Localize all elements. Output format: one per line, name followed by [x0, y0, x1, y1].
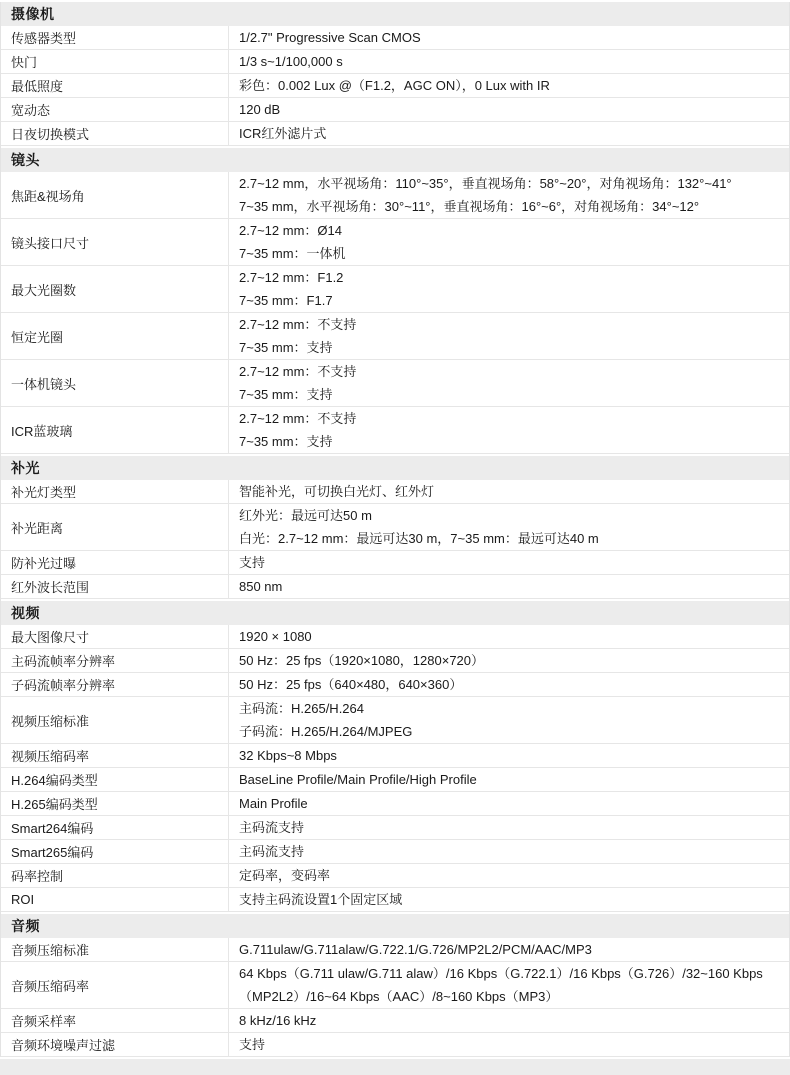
spec-value: 2.7~12 mm：F1.27~35 mm：F1.7 — [229, 266, 789, 312]
spec-value-line: 支持 — [239, 551, 781, 574]
spec-label: 传感器类型 — [1, 26, 229, 49]
spec-label: 补光灯类型 — [1, 480, 229, 503]
spec-value: 120 dB — [229, 98, 789, 121]
spec-row: 音频压缩标准G.711ulaw/G.711alaw/G.722.1/G.726/… — [1, 938, 789, 962]
spec-value-line: 120 dB — [239, 98, 781, 121]
spec-label: 快门 — [1, 50, 229, 73]
section-header: 摄像机 — [1, 2, 789, 26]
spec-value: 主码流支持 — [229, 816, 789, 839]
spec-row: 补光距离红外光：最远可达50 m白光：2.7~12 mm：最远可达30 m，7~… — [1, 504, 789, 551]
spec-label: Smart265编码 — [1, 840, 229, 863]
spec-value-line: 7~35 mm：支持 — [239, 383, 781, 406]
spec-row: 视频压缩码率32 Kbps~8 Mbps — [1, 744, 789, 768]
spec-label: 音频压缩码率 — [1, 962, 229, 1008]
spec-label: H.265编码类型 — [1, 792, 229, 815]
spec-value-line: G.711ulaw/G.711alaw/G.722.1/G.726/MP2L2/… — [239, 938, 781, 961]
spec-row: H.265编码类型Main Profile — [1, 792, 789, 816]
spec-label: 补光距离 — [1, 504, 229, 550]
spec-row: 码率控制定码率，变码率 — [1, 864, 789, 888]
spec-label: 视频压缩标准 — [1, 697, 229, 743]
spec-label: ROI — [1, 888, 229, 911]
spec-value-line: 2.7~12 mm：不支持 — [239, 313, 781, 336]
spec-value-line: 1920 × 1080 — [239, 625, 781, 648]
spec-value: 32 Kbps~8 Mbps — [229, 744, 789, 767]
spec-value-line: 1/2.7" Progressive Scan CMOS — [239, 26, 781, 49]
spec-value-line: 子码流：H.265/H.264/MJPEG — [239, 720, 781, 743]
spec-label: 音频采样率 — [1, 1009, 229, 1032]
spec-row: 焦距&视场角2.7~12 mm，水平视场角：110°~35°，垂直视场角：58°… — [1, 172, 789, 219]
spec-row: 传感器类型1/2.7" Progressive Scan CMOS — [1, 26, 789, 50]
spec-value: BaseLine Profile/Main Profile/High Profi… — [229, 768, 789, 791]
spec-value-line: 定码率，变码率 — [239, 864, 781, 887]
spec-value-line: 7~35 mm：支持 — [239, 430, 781, 453]
spec-row: 最大光圈数2.7~12 mm：F1.27~35 mm：F1.7 — [1, 266, 789, 313]
spec-value: 50 Hz：25 fps（640×480，640×360） — [229, 673, 789, 696]
spec-value-line: Main Profile — [239, 792, 781, 815]
spec-value-line: 7~35 mm：一体机 — [239, 242, 781, 265]
spec-value: 1/2.7" Progressive Scan CMOS — [229, 26, 789, 49]
spec-value: 支持 — [229, 1033, 789, 1056]
spec-label: 红外波长范围 — [1, 575, 229, 598]
spec-value: 2.7~12 mm：不支持7~35 mm：支持 — [229, 407, 789, 453]
spec-label: 音频环境噪声过滤 — [1, 1033, 229, 1056]
section-header: 音频 — [1, 914, 789, 938]
spec-row: H.264编码类型BaseLine Profile/Main Profile/H… — [1, 768, 789, 792]
spec-value-line: 64 Kbps（G.711 ulaw/G.711 alaw）/16 Kbps（G… — [239, 962, 781, 985]
spec-value: 1/3 s~1/100,000 s — [229, 50, 789, 73]
spec-value: 支持 — [229, 551, 789, 574]
section-header: 补光 — [1, 456, 789, 480]
spec-value-line: ICR红外滤片式 — [239, 122, 781, 145]
spec-value-line: 2.7~12 mm，水平视场角：110°~35°，垂直视场角：58°~20°，对… — [239, 172, 781, 195]
spec-label: Smart264编码 — [1, 816, 229, 839]
spec-value: 2.7~12 mm：Ø147~35 mm：一体机 — [229, 219, 789, 265]
spec-row: 快门1/3 s~1/100,000 s — [1, 50, 789, 74]
spec-row: 音频采样率8 kHz/16 kHz — [1, 1009, 789, 1033]
spec-row: 防补光过曝支持 — [1, 551, 789, 575]
spec-value: 定码率，变码率 — [229, 864, 789, 887]
spec-label: 音频压缩标准 — [1, 938, 229, 961]
spec-row: 最大图像尺寸1920 × 1080 — [1, 625, 789, 649]
spec-value-line: 8 kHz/16 kHz — [239, 1009, 781, 1032]
spec-label: ICR蓝玻璃 — [1, 407, 229, 453]
spec-value-line: 7~35 mm：F1.7 — [239, 289, 781, 312]
spec-value: 1920 × 1080 — [229, 625, 789, 648]
spec-row: 红外波长范围850 nm — [1, 575, 789, 599]
spec-label: 日夜切换模式 — [1, 122, 229, 145]
spec-value: 支持主码流设置1个固定区域 — [229, 888, 789, 911]
spec-row: 一体机镜头2.7~12 mm：不支持7~35 mm：支持 — [1, 360, 789, 407]
spec-label: 最低照度 — [1, 74, 229, 97]
spec-value-line: 主码流：H.265/H.264 — [239, 697, 781, 720]
spec-value-line: 智能补光，可切换白光灯、红外灯 — [239, 480, 781, 503]
spec-value-line: 1/3 s~1/100,000 s — [239, 50, 781, 73]
spec-row: 音频压缩码率64 Kbps（G.711 ulaw/G.711 alaw）/16 … — [1, 962, 789, 1009]
spec-value-line: 支持 — [239, 1033, 781, 1056]
section-header: 镜头 — [1, 148, 789, 172]
spec-value-line: 7~35 mm：支持 — [239, 336, 781, 359]
spec-value: 主码流支持 — [229, 840, 789, 863]
spec-value-line: 红外光：最远可达50 m — [239, 504, 781, 527]
spec-value: 红外光：最远可达50 m白光：2.7~12 mm：最远可达30 m，7~35 m… — [229, 504, 789, 550]
spec-value-line: 2.7~12 mm：不支持 — [239, 360, 781, 383]
spec-label: 宽动态 — [1, 98, 229, 121]
spec-value-line: 主码流支持 — [239, 816, 781, 839]
spec-label: 最大光圈数 — [1, 266, 229, 312]
next-section-header-partial — [0, 1059, 790, 1075]
spec-row: 日夜切换模式ICR红外滤片式 — [1, 122, 789, 146]
spec-value-line: （MP2L2）/16~64 Kbps（AAC）/8~160 Kbps（MP3） — [239, 985, 781, 1008]
spec-row: 补光灯类型智能补光，可切换白光灯、红外灯 — [1, 480, 789, 504]
spec-label: 恒定光圈 — [1, 313, 229, 359]
spec-value-line: 主码流支持 — [239, 840, 781, 863]
spec-label: 码率控制 — [1, 864, 229, 887]
spec-row: 视频压缩标准主码流：H.265/H.264子码流：H.265/H.264/MJP… — [1, 697, 789, 744]
spec-row: ICR蓝玻璃2.7~12 mm：不支持7~35 mm：支持 — [1, 407, 789, 454]
spec-value: G.711ulaw/G.711alaw/G.722.1/G.726/MP2L2/… — [229, 938, 789, 961]
spec-label: 镜头接口尺寸 — [1, 219, 229, 265]
spec-label: 最大图像尺寸 — [1, 625, 229, 648]
spec-value-line: 彩色：0.002 Lux @（F1.2，AGC ON），0 Lux with I… — [239, 74, 781, 97]
spec-value: Main Profile — [229, 792, 789, 815]
spec-row: 宽动态120 dB — [1, 98, 789, 122]
spec-row: 子码流帧率分辨率50 Hz：25 fps（640×480，640×360） — [1, 673, 789, 697]
spec-value: 8 kHz/16 kHz — [229, 1009, 789, 1032]
spec-value-line: 50 Hz：25 fps（640×480，640×360） — [239, 673, 781, 696]
spec-label: 主码流帧率分辨率 — [1, 649, 229, 672]
spec-value-line: 7~35 mm，水平视场角：30°~11°，垂直视场角：16°~6°，对角视场角… — [239, 195, 781, 218]
spec-row: Smart265编码主码流支持 — [1, 840, 789, 864]
spec-row: 主码流帧率分辨率50 Hz：25 fps（1920×1080，1280×720） — [1, 649, 789, 673]
spec-row: ROI支持主码流设置1个固定区域 — [1, 888, 789, 912]
spec-value: 2.7~12 mm：不支持7~35 mm：支持 — [229, 313, 789, 359]
spec-value: 2.7~12 mm，水平视场角：110°~35°，垂直视场角：58°~20°，对… — [229, 172, 789, 218]
spec-row: 恒定光圈2.7~12 mm：不支持7~35 mm：支持 — [1, 313, 789, 360]
spec-value-line: 50 Hz：25 fps（1920×1080，1280×720） — [239, 649, 781, 672]
spec-label: 一体机镜头 — [1, 360, 229, 406]
spec-value-line: 白光：2.7~12 mm：最远可达30 m，7~35 mm：最远可达40 m — [239, 527, 781, 550]
spec-label: 子码流帧率分辨率 — [1, 673, 229, 696]
spec-value: 850 nm — [229, 575, 789, 598]
spec-row: 镜头接口尺寸2.7~12 mm：Ø147~35 mm：一体机 — [1, 219, 789, 266]
spec-value-line: 2.7~12 mm：Ø14 — [239, 219, 781, 242]
spec-label: 视频压缩码率 — [1, 744, 229, 767]
spec-value: 智能补光，可切换白光灯、红外灯 — [229, 480, 789, 503]
section-header: 视频 — [1, 601, 789, 625]
spec-table: 摄像机传感器类型1/2.7" Progressive Scan CMOS快门1/… — [0, 2, 790, 1057]
spec-label: 焦距&视场角 — [1, 172, 229, 218]
spec-value-line: 2.7~12 mm：不支持 — [239, 407, 781, 430]
spec-row: Smart264编码主码流支持 — [1, 816, 789, 840]
spec-value: 主码流：H.265/H.264子码流：H.265/H.264/MJPEG — [229, 697, 789, 743]
spec-label: H.264编码类型 — [1, 768, 229, 791]
spec-value-line: BaseLine Profile/Main Profile/High Profi… — [239, 768, 781, 791]
spec-value-line: 32 Kbps~8 Mbps — [239, 744, 781, 767]
spec-value-line: 支持主码流设置1个固定区域 — [239, 888, 781, 911]
spec-value: 50 Hz：25 fps（1920×1080，1280×720） — [229, 649, 789, 672]
spec-value: 2.7~12 mm：不支持7~35 mm：支持 — [229, 360, 789, 406]
spec-label: 防补光过曝 — [1, 551, 229, 574]
spec-value-line: 2.7~12 mm：F1.2 — [239, 266, 781, 289]
spec-value: ICR红外滤片式 — [229, 122, 789, 145]
spec-value: 彩色：0.002 Lux @（F1.2，AGC ON），0 Lux with I… — [229, 74, 789, 97]
spec-value-line: 850 nm — [239, 575, 781, 598]
spec-row: 音频环境噪声过滤支持 — [1, 1033, 789, 1057]
spec-value: 64 Kbps（G.711 ulaw/G.711 alaw）/16 Kbps（G… — [229, 962, 789, 1008]
spec-row: 最低照度彩色：0.002 Lux @（F1.2，AGC ON），0 Lux wi… — [1, 74, 789, 98]
